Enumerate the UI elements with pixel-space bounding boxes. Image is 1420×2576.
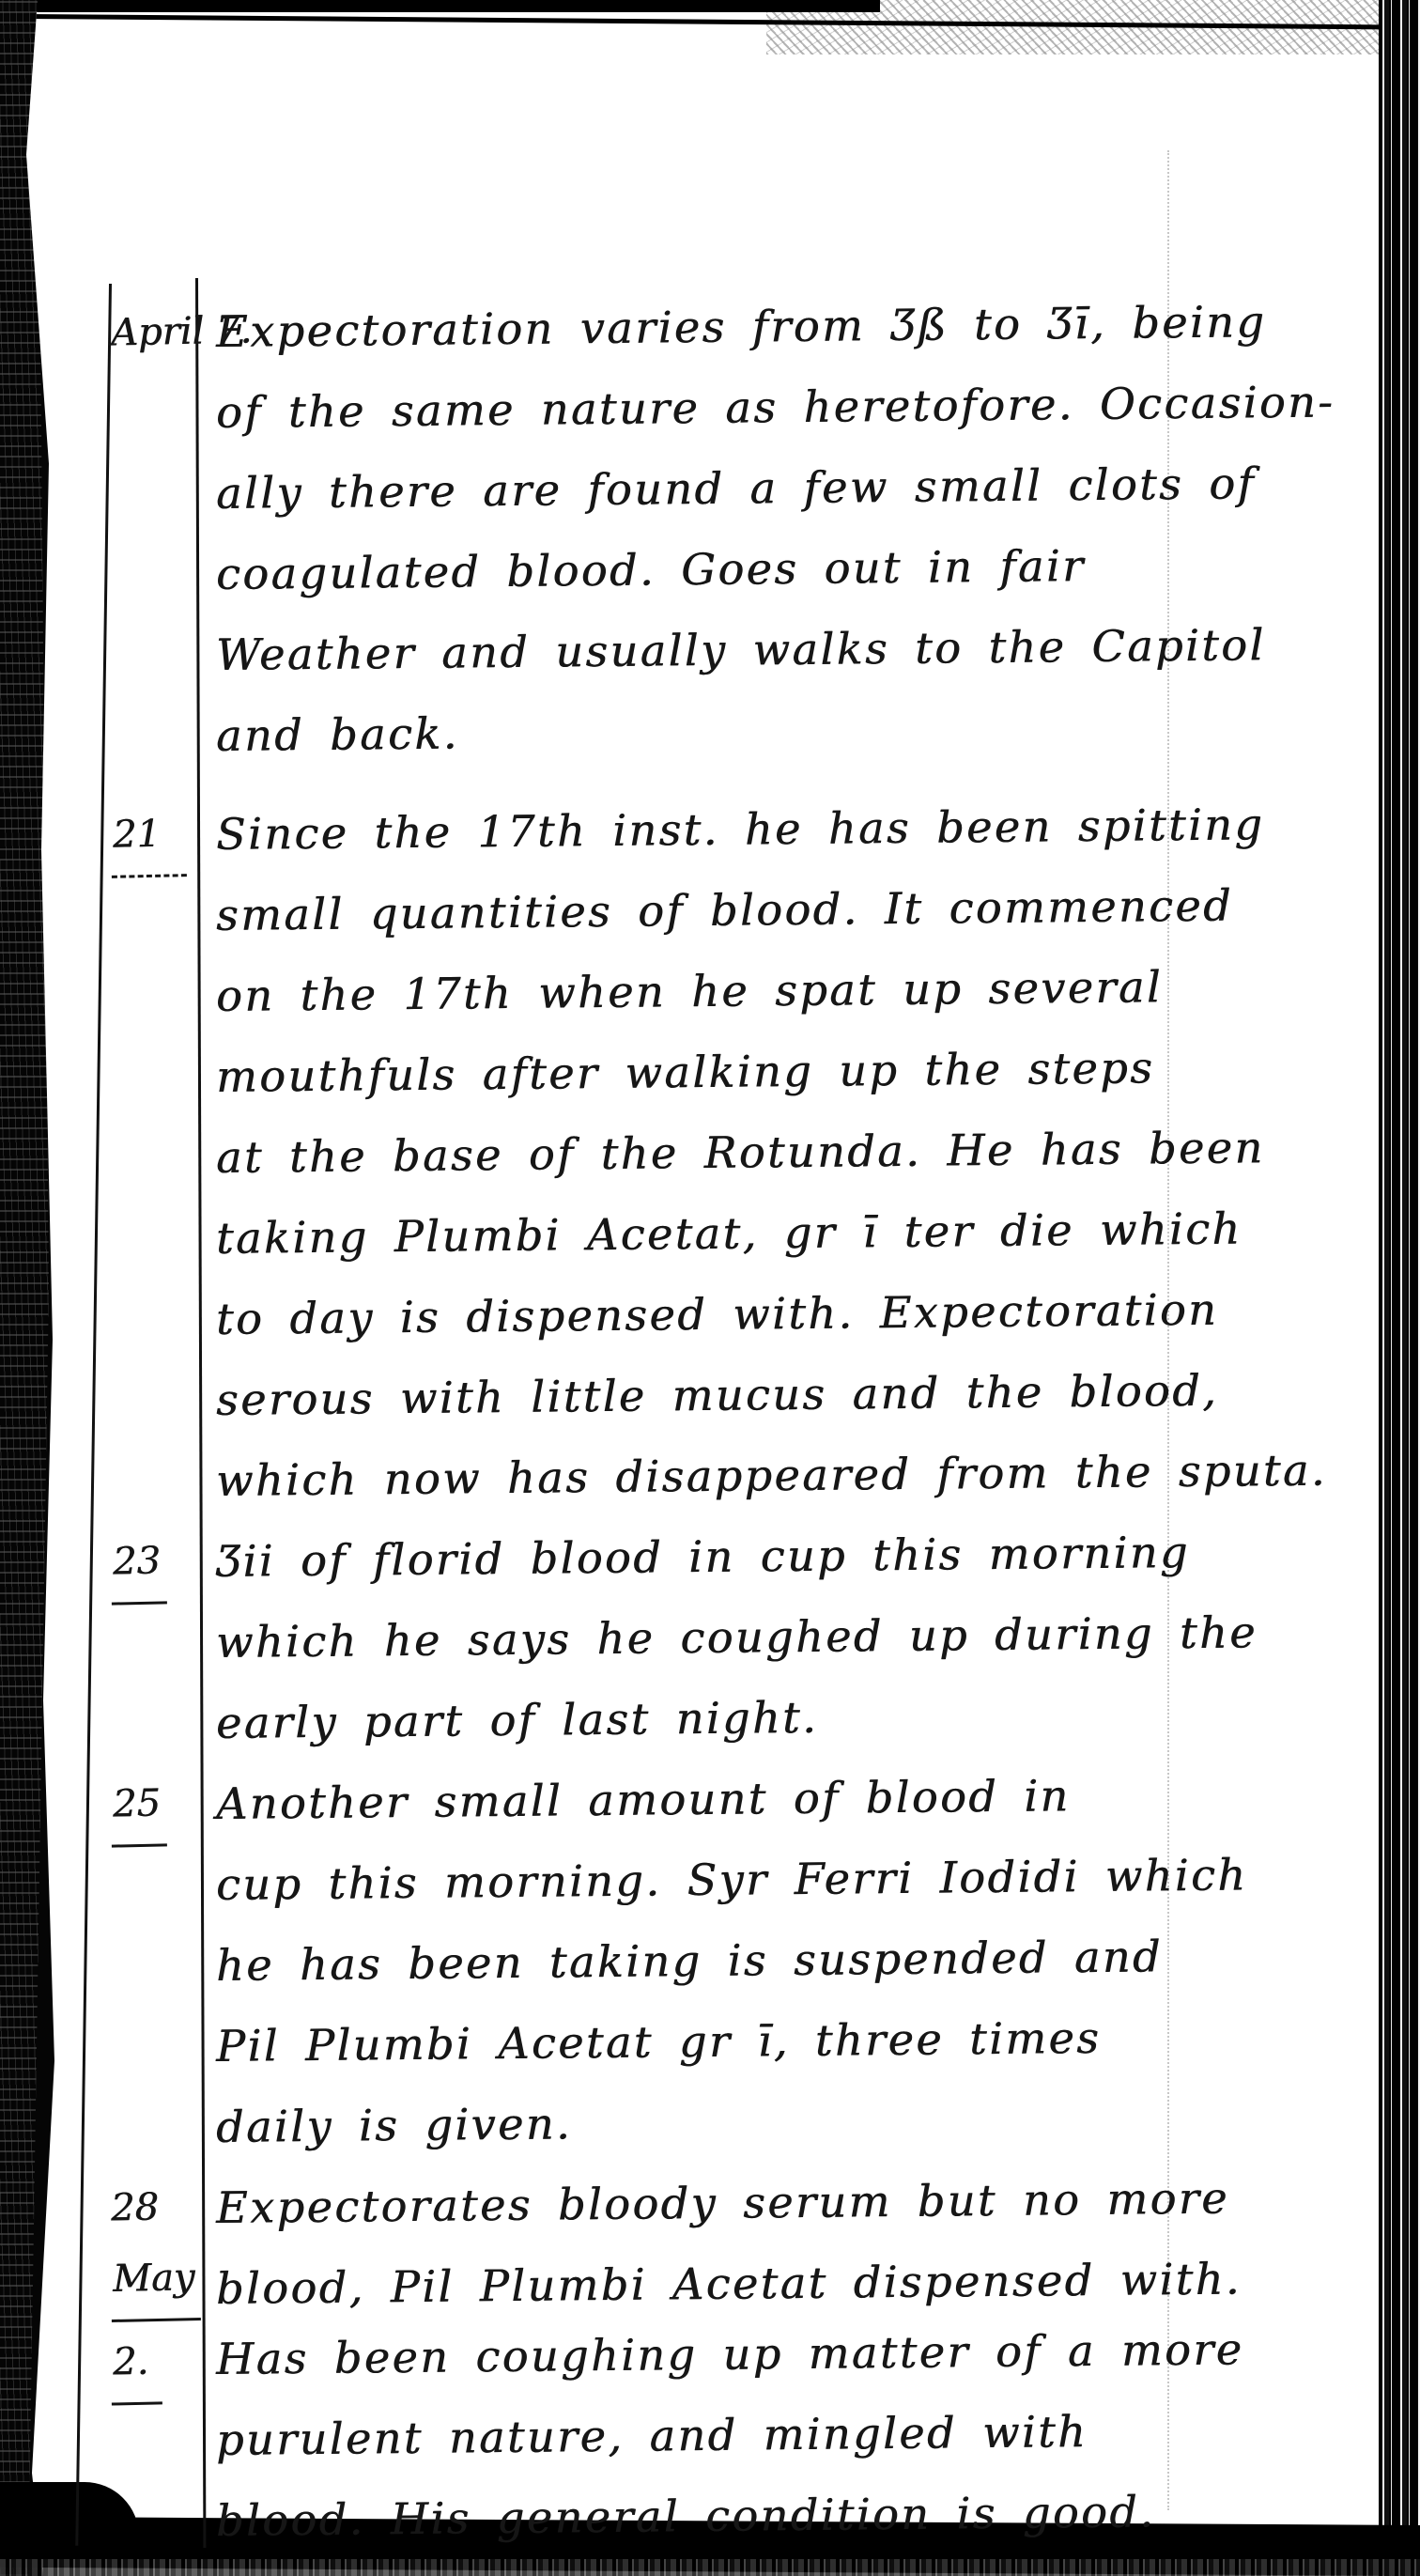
entry-line: taking Plumbi Acetat, gr ī ter die which bbox=[216, 1187, 1391, 1279]
entry-line: Weather and usually walks to the Capitol bbox=[216, 603, 1391, 695]
entry-date: 21 bbox=[110, 793, 187, 878]
entry-line: Expectoration varies from Ʒß to Ʒī, bein… bbox=[216, 280, 1391, 372]
entry-line: purulent nature, and mingled with bbox=[216, 2388, 1391, 2480]
entry-date-cell: April 7. bbox=[0, 291, 216, 776]
entry-body: Another small amount of blood incup this… bbox=[216, 1763, 1390, 2167]
entry-line: ally there are found a few small clots o… bbox=[216, 442, 1391, 534]
entry-body: Ʒii of florid blood in cup this morningw… bbox=[216, 1521, 1390, 1763]
entry-date: 23 bbox=[110, 1520, 167, 1605]
entry-line: Has been coughing up matter of a more bbox=[216, 2307, 1391, 2399]
entry-line: Pil Plumbi Acetat gr ī, three times bbox=[216, 1994, 1391, 2087]
entry-line: Since the 17th inst. he has been spittin… bbox=[216, 783, 1391, 875]
journal-entry: May2.Has been coughing up matter of a mo… bbox=[0, 2319, 1390, 2561]
journal-entry: 23Ʒii of florid blood in cup this mornin… bbox=[0, 1521, 1390, 1763]
entry-body: Expectoration varies from Ʒß to Ʒī, bein… bbox=[216, 291, 1390, 776]
entry-body: Since the 17th inst. he has been spittin… bbox=[216, 794, 1390, 1521]
entry-line: Expectorates bloody serum but no more bbox=[216, 2156, 1391, 2248]
entry-date-stack: 25 bbox=[111, 1763, 216, 1847]
entry-date-stack: 23 bbox=[111, 1521, 216, 1605]
entry-body: Has been coughing up matter of a morepur… bbox=[216, 2319, 1390, 2561]
journal-page: April 7.Expectoration varies from Ʒß to … bbox=[0, 0, 1420, 2576]
entry-date: 2. bbox=[110, 2320, 162, 2405]
entry-body: Expectorates bloody serum but no moreblo… bbox=[216, 2167, 1390, 2329]
entry-date-cell: 25 bbox=[0, 1763, 216, 2167]
entry-line: at the base of the Rotunda. He has been bbox=[216, 1106, 1391, 1198]
entry-date-stack: 21 bbox=[111, 794, 216, 877]
entry-date-cell: 21 bbox=[0, 794, 216, 1521]
entry-line: Another small amount of blood in bbox=[216, 1752, 1391, 1844]
journal-entries: April 7.Expectoration varies from Ʒß to … bbox=[0, 291, 1390, 2561]
entry-date: 28 bbox=[110, 2166, 160, 2248]
entry-date-cell: May2. bbox=[0, 2319, 216, 2561]
entry-line: on the 17th when he spat up several bbox=[216, 944, 1391, 1036]
entry-line: to day is dispensed with. Expectoration bbox=[216, 1267, 1391, 1359]
entry-line: cup this morning. Syr Ferri Iodidi which bbox=[216, 1833, 1391, 1925]
entry-line: of the same nature as heretofore. Occasi… bbox=[216, 361, 1391, 453]
scan-edge-top bbox=[0, 0, 880, 12]
entry-line: mouthfuls after walking up the steps bbox=[216, 1025, 1391, 1117]
entry-line: Ʒii of florid blood in cup this morning bbox=[216, 1510, 1391, 1602]
journal-entry: 25Another small amount of blood incup th… bbox=[0, 1763, 1390, 2167]
entry-line: serous with little mucus and the blood, bbox=[216, 1348, 1391, 1440]
entry-line: early part of last night. bbox=[216, 1671, 1391, 1763]
entry-line: and back. bbox=[216, 684, 1391, 776]
entry-date-stack: April 7. bbox=[111, 291, 216, 372]
entry-line: daily is given. bbox=[216, 2075, 1391, 2167]
entry-line: small quantities of blood. It commenced bbox=[216, 863, 1391, 955]
entry-date: May bbox=[110, 2237, 201, 2322]
entry-line: which now has disappeared from the sputa… bbox=[216, 1429, 1391, 1521]
journal-entry: April 7.Expectoration varies from Ʒß to … bbox=[0, 291, 1390, 776]
entry-line: he has been taking is suspended and bbox=[216, 1914, 1391, 2006]
entry-date-stack: May2. bbox=[111, 2238, 216, 2405]
entry-line: coagulated blood. Goes out in fair bbox=[216, 522, 1391, 614]
entry-line: blood. His general condition is good. bbox=[216, 2469, 1391, 2561]
journal-entry: 21Since the 17th inst. he has been spitt… bbox=[0, 794, 1390, 1521]
entry-line: which he says he coughed up during the bbox=[216, 1591, 1391, 1683]
scan-edge-bottom-texture bbox=[0, 2559, 1420, 2576]
entry-date: 25 bbox=[110, 1762, 167, 1847]
entry-date-cell: 23 bbox=[0, 1521, 216, 1763]
entry-date-stack: 28 bbox=[111, 2167, 216, 2248]
